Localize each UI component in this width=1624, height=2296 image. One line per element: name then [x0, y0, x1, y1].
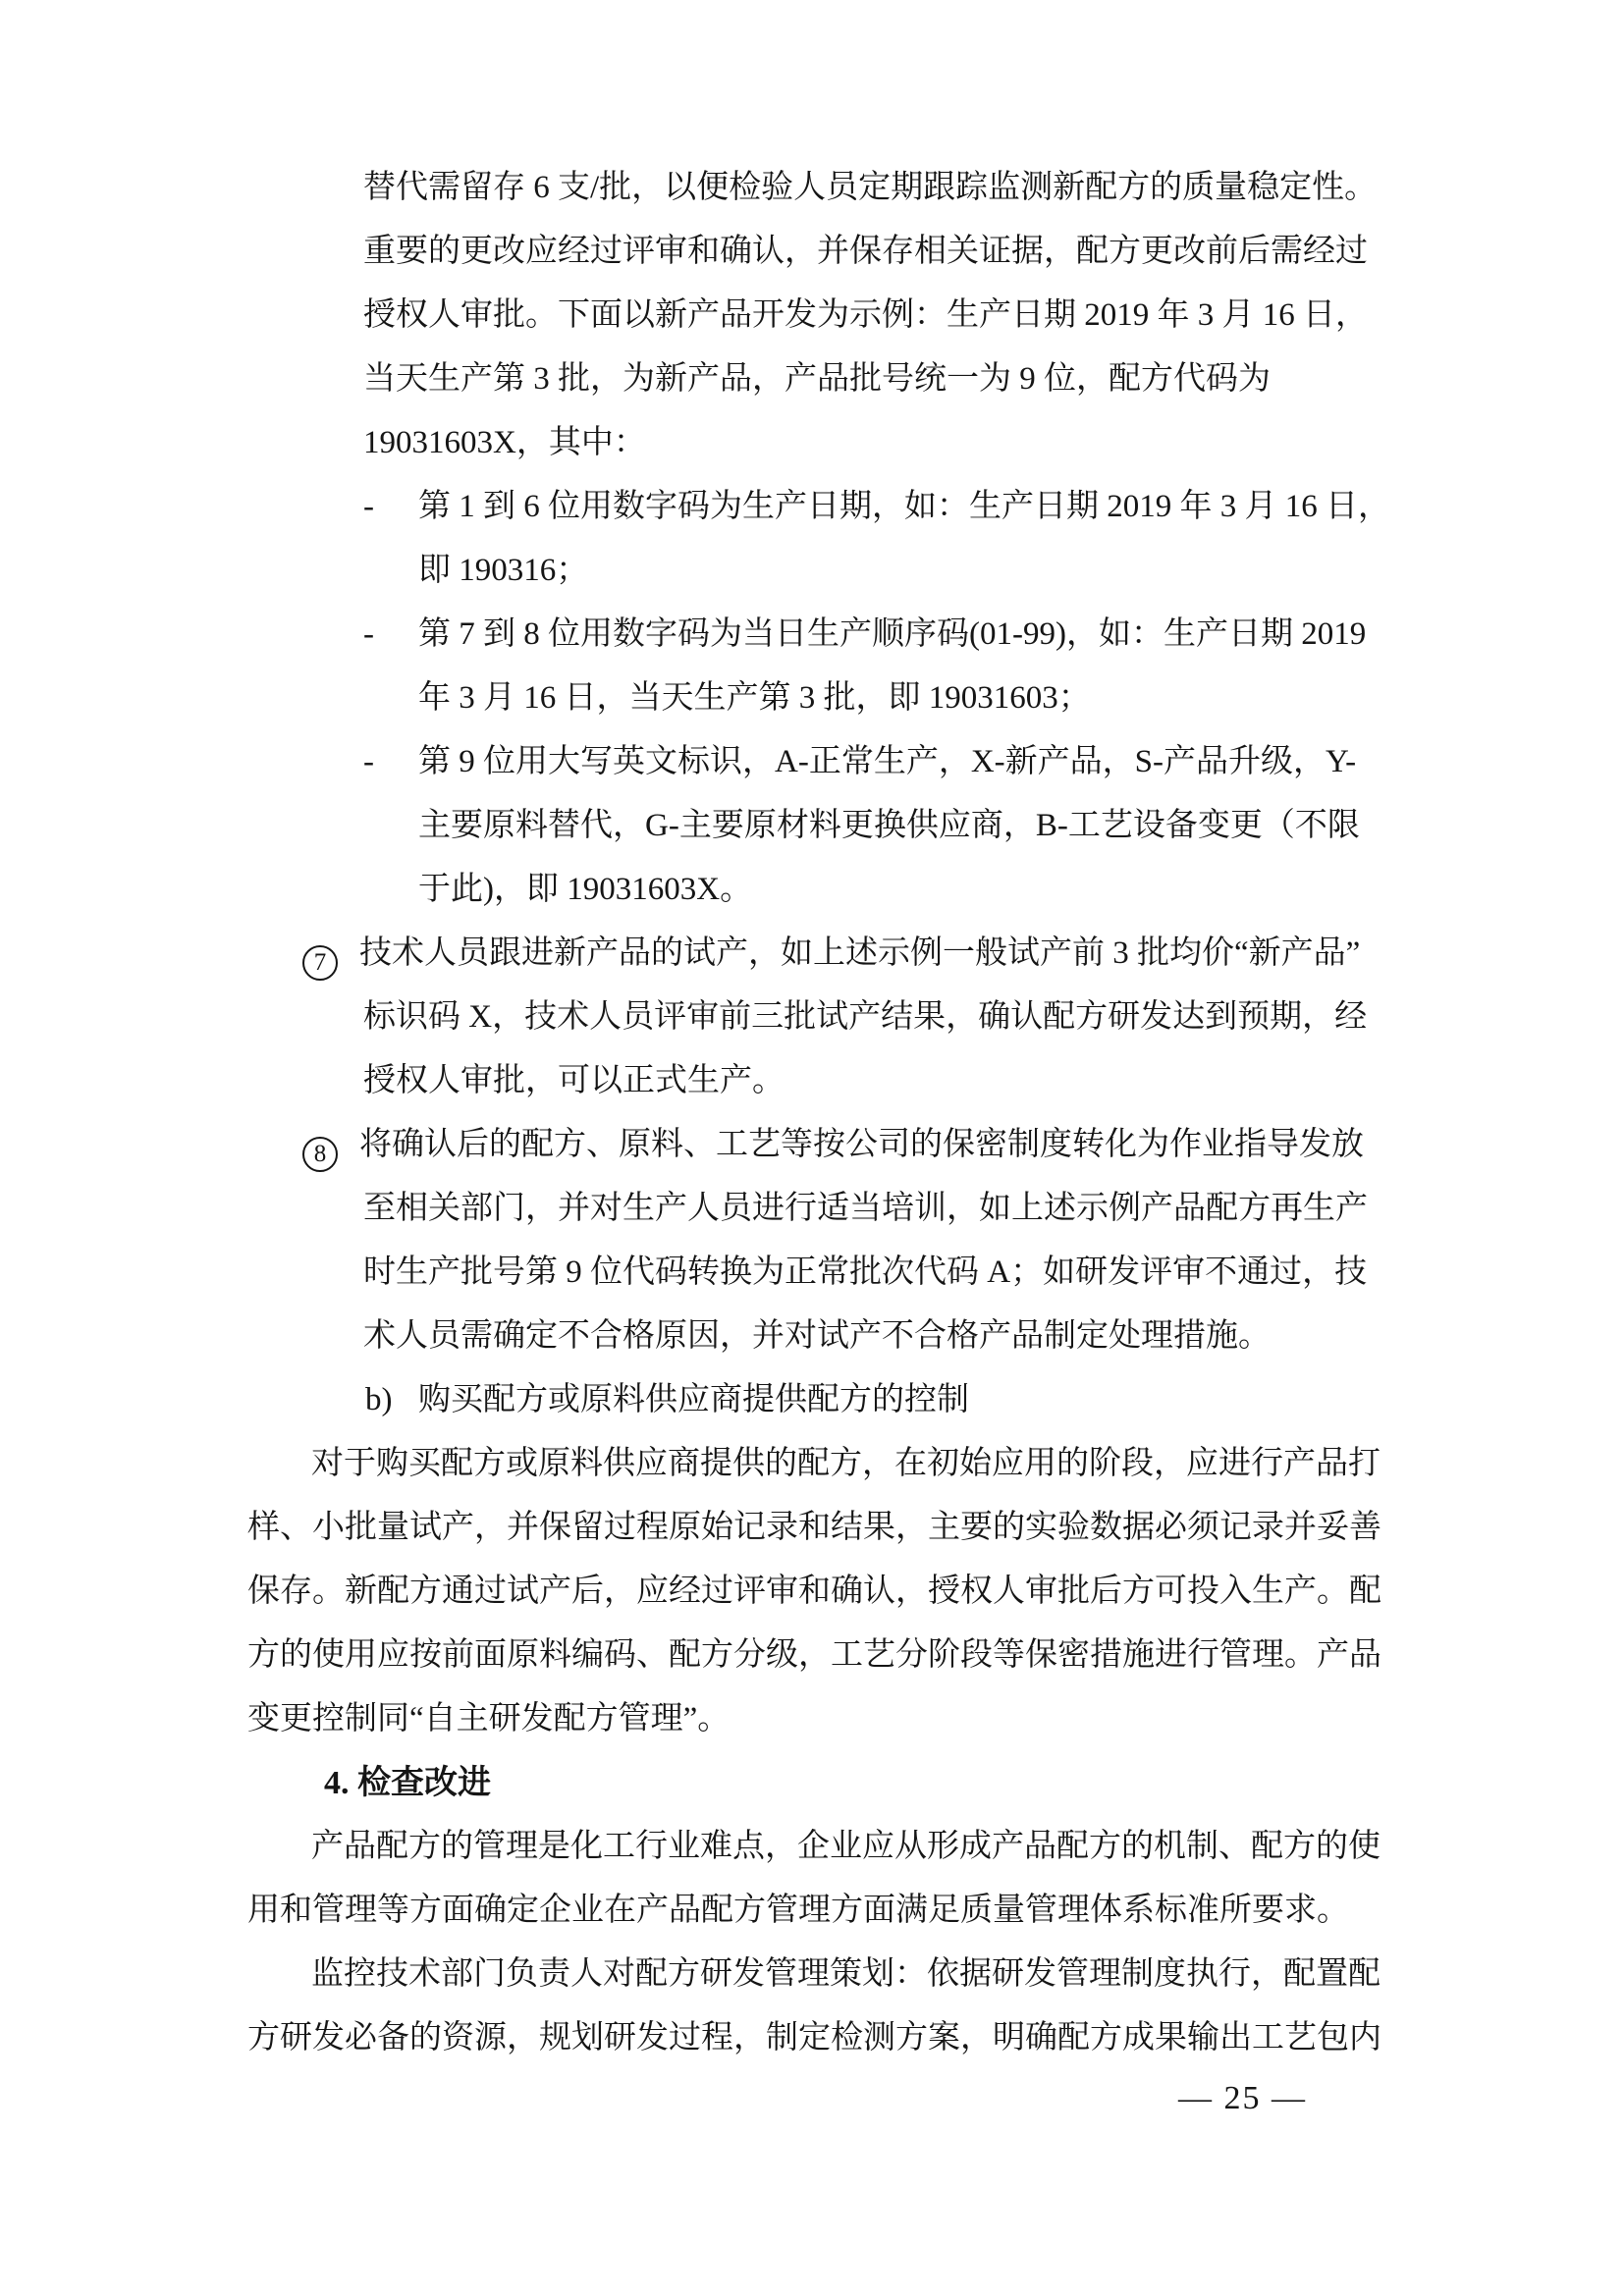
text-line: 时生产批号第 9 位代码转换为正常批次代码 A；如研发评审不通过，技	[363, 1241, 1438, 1305]
page-number: — 25 —	[1178, 2080, 1307, 2116]
line-text: 方研发必备的资源，规划研发过程，制定检测方案，明确配方成果输出工艺包内	[247, 2020, 1381, 2056]
list-marker: -	[363, 603, 418, 667]
line-text: 术人员需确定不合格原因，并对试产不合格产品制定处理措施。	[363, 1318, 1271, 1354]
list-marker: b)	[365, 1368, 418, 1432]
line-text: 第 9 位用大写英文标识，A-正常生产，X-新产品，S-产品升级，Y-	[418, 744, 1356, 779]
text-line: 标识码 X，技术人员评审前三批试产结果，确认配方研发达到预期，经	[363, 986, 1438, 1049]
text-line: 8将确认后的配方、原料、工艺等按公司的保密制度转化为作业指导发放	[302, 1113, 1438, 1177]
text-line: 方研发必备的资源，规划研发过程，制定检测方案，明确配方成果输出工艺包内	[247, 2006, 1438, 2070]
line-text: 4. 检查改进	[324, 1765, 491, 1801]
page-footer: — 25 —	[1178, 2077, 1307, 2120]
text-line: 授权人审批。下面以新产品开发为示例：生产日期 2019 年 3 月 16 日，	[363, 284, 1438, 347]
list-marker: -	[363, 475, 418, 539]
line-text: 授权人审批。下面以新产品开发为示例：生产日期 2019 年 3 月 16 日，	[363, 297, 1368, 333]
line-text: 第 7 到 8 位用数字码为当日生产顺序码(01-99)，如：生产日期 2019	[418, 616, 1366, 652]
document-body: 替代需留存 6 支/批，以便检验人员定期跟踪监测新配方的质量稳定性。重要的更改应…	[247, 156, 1438, 2070]
text-line: 重要的更改应经过评审和确认，并保存相关证据，配方更改前后需经过	[363, 220, 1438, 284]
line-text: 重要的更改应经过评审和确认，并保存相关证据，配方更改前后需经过	[363, 234, 1368, 269]
text-line: 监控技术部门负责人对配方研发管理策划：依据研发管理制度执行，配置配	[247, 1943, 1438, 2006]
text-line: 产品配方的管理是化工行业难点，企业应从形成产品配方的机制、配方的使	[247, 1815, 1438, 1879]
text-line: 用和管理等方面确定企业在产品配方管理方面满足质量管理体系标准所要求。	[247, 1879, 1438, 1943]
text-line: -第 7 到 8 位用数字码为当日生产顺序码(01-99)，如：生产日期 201…	[363, 603, 1438, 667]
list-marker: 7	[302, 945, 338, 981]
text-line: 7技术人员跟进新产品的试产，如上述示例一般试产前 3 批均价“新产品”	[302, 922, 1438, 986]
line-text: 即 190316；	[418, 553, 588, 588]
line-text: 当天生产第 3 批，为新产品，产品批号统一为 9 位，配方代码为	[363, 361, 1271, 397]
line-text: 技术人员跟进新产品的试产，如上述示例一般试产前 3 批均价“新产品”	[359, 935, 1360, 971]
line-text: 购买配方或原料供应商提供配方的控制	[418, 1382, 969, 1417]
line-text: 时生产批号第 9 位代码转换为正常批次代码 A；如研发评审不通过，技	[363, 1255, 1367, 1290]
line-text: 替代需留存 6 支/批，以便检验人员定期跟踪监测新配方的质量稳定性。	[363, 170, 1377, 205]
text-line: 于此)，即 19031603X。	[418, 858, 1438, 922]
line-text: 将确认后的配方、原料、工艺等按公司的保密制度转化为作业指导发放	[359, 1127, 1364, 1162]
text-line: 对于购买配方或原料供应商提供的配方，在初始应用的阶段，应进行产品打	[247, 1432, 1438, 1496]
text-line: 4. 检查改进	[324, 1751, 1438, 1815]
line-text: 监控技术部门负责人对配方研发管理策划：依据研发管理制度执行，配置配	[311, 1956, 1380, 1992]
text-line: 授权人审批，可以正式生产。	[363, 1049, 1438, 1113]
list-marker: 8	[302, 1137, 338, 1172]
line-text: 授权人审批，可以正式生产。	[363, 1063, 785, 1098]
line-text: 方的使用应按前面原料编码、配方分级，工艺分阶段等保密措施进行管理。产品	[247, 1637, 1381, 1673]
line-text: 样、小批量试产，并保留过程原始记录和结果，主要的实验数据必须记录并妥善	[247, 1510, 1381, 1545]
line-text: 对于购买配方或原料供应商提供的配方，在初始应用的阶段，应进行产品打	[311, 1446, 1380, 1481]
text-line: 至相关部门，并对生产人员进行适当培训，如上述示例产品配方再生产	[363, 1177, 1438, 1241]
text-line: 替代需留存 6 支/批，以便检验人员定期跟踪监测新配方的质量稳定性。	[363, 156, 1438, 220]
line-text: 主要原料替代，G-主要原材料更换供应商，B-工艺设备变更（不限	[418, 808, 1360, 843]
text-line: 样、小批量试产，并保留过程原始记录和结果，主要的实验数据必须记录并妥善	[247, 1496, 1438, 1560]
line-text: 第 1 到 6 位用数字码为生产日期，如：生产日期 2019 年 3 月 16 …	[418, 489, 1390, 524]
line-text: 标识码 X，技术人员评审前三批试产结果，确认配方研发达到预期，经	[363, 999, 1367, 1035]
line-text: 保存。新配方通过试产后，应经过评审和确认，授权人审批后方可投入生产。配	[247, 1574, 1381, 1609]
text-line: 当天生产第 3 批，为新产品，产品批号统一为 9 位，配方代码为	[363, 347, 1438, 411]
text-line: 术人员需确定不合格原因，并对试产不合格产品制定处理措施。	[363, 1305, 1438, 1368]
text-line: 年 3 月 16 日，当天生产第 3 批，即 19031603；	[418, 667, 1438, 730]
line-text: 变更控制同“自主研发配方管理”。	[247, 1701, 730, 1736]
text-line: 主要原料替代，G-主要原材料更换供应商，B-工艺设备变更（不限	[418, 794, 1438, 858]
text-line: b)购买配方或原料供应商提供配方的控制	[365, 1368, 1438, 1432]
line-text: 于此)，即 19031603X。	[418, 872, 752, 907]
text-line: 保存。新配方通过试产后，应经过评审和确认，授权人审批后方可投入生产。配	[247, 1560, 1438, 1624]
line-text: 用和管理等方面确定企业在产品配方管理方面满足质量管理体系标准所要求。	[247, 1893, 1349, 1928]
text-line: -第 1 到 6 位用数字码为生产日期，如：生产日期 2019 年 3 月 16…	[363, 475, 1438, 539]
text-line: 变更控制同“自主研发配方管理”。	[247, 1687, 1438, 1751]
list-marker: -	[363, 730, 418, 794]
text-line: 19031603X，其中：	[363, 411, 1438, 475]
line-text: 产品配方的管理是化工行业难点，企业应从形成产品配方的机制、配方的使	[311, 1829, 1380, 1864]
document-page: 替代需留存 6 支/批，以便检验人员定期跟踪监测新配方的质量稳定性。重要的更改应…	[0, 0, 1624, 2296]
line-text: 19031603X，其中：	[363, 425, 646, 460]
text-line: 方的使用应按前面原料编码、配方分级，工艺分阶段等保密措施进行管理。产品	[247, 1624, 1438, 1687]
line-text: 至相关部门，并对生产人员进行适当培训，如上述示例产品配方再生产	[363, 1191, 1368, 1226]
text-line: -第 9 位用大写英文标识，A-正常生产，X-新产品，S-产品升级，Y-	[363, 730, 1438, 794]
text-line: 即 190316；	[418, 539, 1438, 603]
line-text: 年 3 月 16 日，当天生产第 3 批，即 19031603；	[418, 680, 1091, 716]
